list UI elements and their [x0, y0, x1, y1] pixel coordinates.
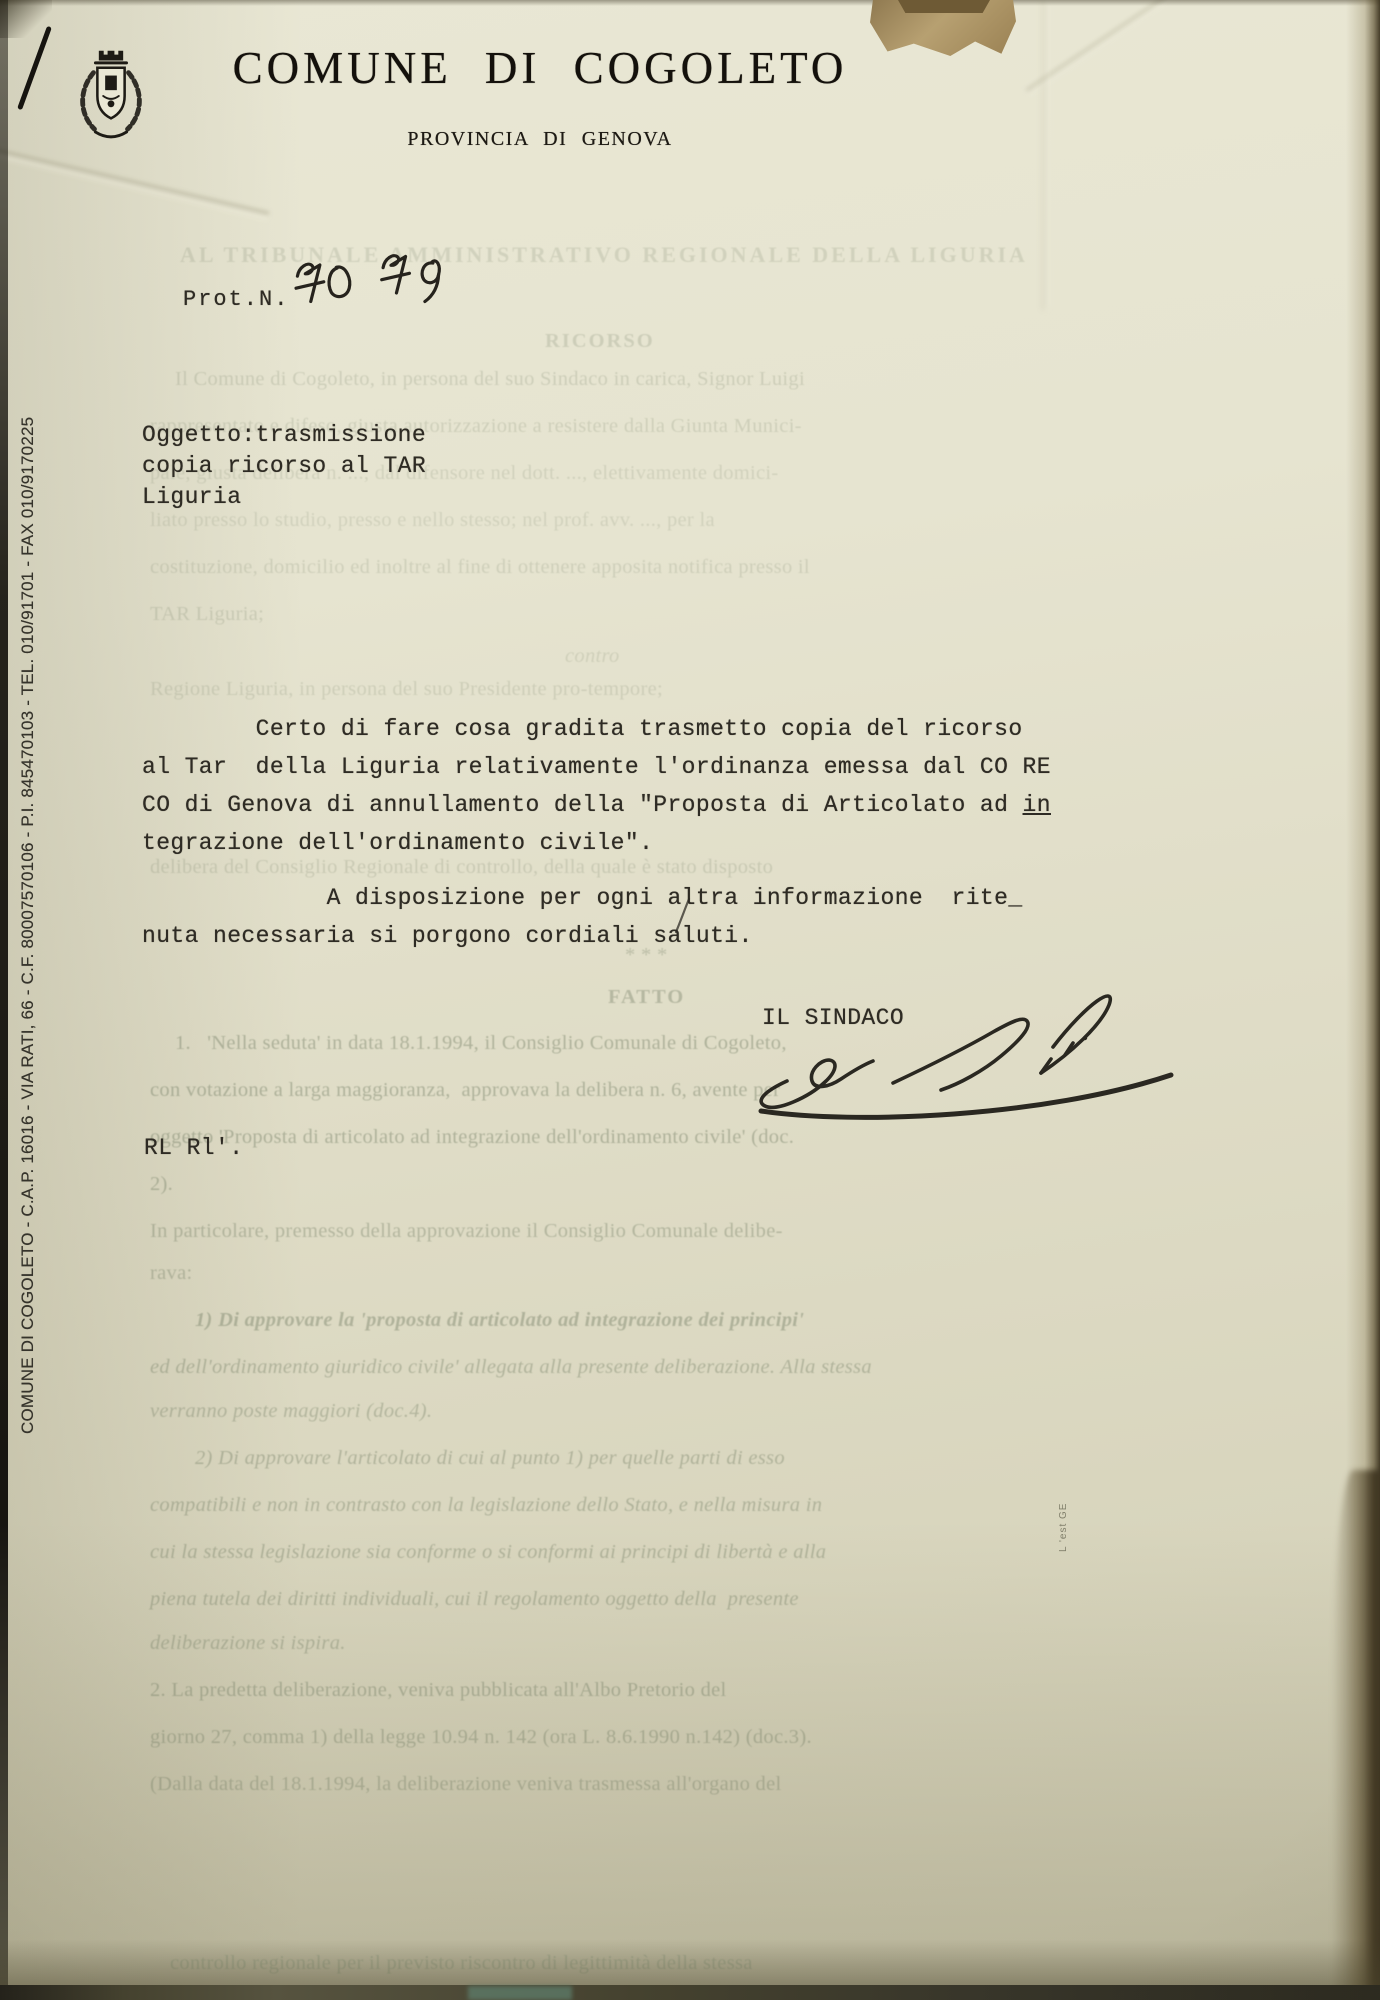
bottom-edge-shadow: [0, 1985, 1380, 2000]
bleedthrough-line: 1) Di approvare la 'proposta di articola…: [195, 1309, 804, 1332]
pen-tick-mark: [672, 896, 692, 936]
letterhead-subtitle: PROVINCIA DI GENOVA: [195, 128, 885, 151]
bleedthrough-line: Il Comune di Cogoleto, in persona del su…: [175, 368, 805, 391]
bleedthrough-line: 2).: [150, 1173, 173, 1196]
body-line: al Tar della Liguria relativamente l'ord…: [142, 753, 1051, 781]
scanned-letter-page: { "letterhead": { "title": "COMUNE DI CO…: [0, 0, 1380, 2000]
bleedthrough-line: 2) Di approvare l'articolato di cui al p…: [195, 1447, 785, 1470]
bottom-shadow: [0, 1940, 1380, 1988]
bleedthrough-line: costituzione, domicilio ed inoltre al fi…: [150, 556, 810, 579]
letterhead-title: COMUNE DI COGOLETO: [195, 42, 885, 94]
bleedthrough-line: ed dell'ordinamento giuridico civile' al…: [150, 1356, 872, 1379]
body-line: nuta necessaria si porgono cordiali salu…: [142, 922, 753, 950]
bleedthrough-line: delibera del Consiglio Regionale di cont…: [150, 856, 773, 879]
typist-initials: RL Rl'.: [144, 1134, 243, 1162]
bleedthrough-line: 2. La predetta deliberazione, veniva pub…: [150, 1679, 727, 1702]
bottom-green-blotch: [468, 1986, 572, 2000]
body-line-text: CO di Genova di annullamento della "Prop…: [142, 792, 1023, 818]
bleedthrough-line: RICORSO: [545, 330, 655, 353]
sindaco-signature-scrawl: [735, 985, 1185, 1130]
bleedthrough-line: 1. 'Nella seduta' in data 18.1.1994, il …: [175, 1032, 787, 1055]
bleedthrough-line: TAR Liguria;: [150, 603, 264, 626]
bleedthrough-line: Regione Liguria, in persona del suo Pres…: [150, 678, 663, 701]
bleedthrough-line: con votazione a larga maggioranza, appro…: [150, 1079, 780, 1102]
bleedthrough-line: cui la stessa legislazione sia conforme …: [150, 1541, 826, 1564]
subject-line: Oggetto:trasmissione: [142, 421, 426, 449]
bleedthrough-line: deliberazione si ispira.: [150, 1632, 346, 1655]
protocol-number-handwritten: [292, 250, 462, 320]
tape-remnant-dark-strip: [898, 0, 990, 13]
underlined-syllable: in: [1023, 792, 1051, 818]
paper-crease: [1042, 0, 1051, 310]
bleedthrough-line: verranno poste maggiori (doc.4).: [150, 1400, 432, 1423]
bleedthrough-line: giorno 27, comma 1) della legge 10.94 n.…: [150, 1726, 812, 1749]
left-edge-shadow: [0, 0, 8, 2000]
bleedthrough-line: rava:: [150, 1262, 192, 1285]
bleedthrough-line: liato presso lo studio, presso e nello s…: [150, 509, 715, 532]
body-line: tegrazione dell'ordinamento civile".: [142, 829, 653, 857]
bleedthrough-line: piena tutela dei diritti individuali, cu…: [150, 1588, 799, 1611]
bleedthrough-line: In particolare, premesso della approvazi…: [150, 1220, 783, 1243]
top-edge-shadow: [0, 0, 1380, 6]
bleedthrough-line: oggetto 'Proposta di articolato ad integ…: [150, 1126, 794, 1149]
sidebar-letterhead-text: COMUNE DI COGOLETO - C.A.P. 16016 - VIA …: [18, 384, 40, 1434]
bleedthrough-line: (Dalla data del 18.1.1994, la deliberazi…: [150, 1773, 781, 1796]
edge-note-vertical: L 'est GE: [1058, 1462, 1070, 1552]
body-line: CO di Genova di annullamento della "Prop…: [142, 791, 1051, 819]
subject-line: Liguria: [142, 483, 241, 511]
protocol-label: Prot.N.: [183, 286, 289, 314]
subject-line: copia ricorso al TAR: [142, 452, 426, 480]
bleedthrough-line: compatibili e non in contrasto con la le…: [150, 1494, 822, 1517]
bleedthrough-line: FATTO: [608, 986, 685, 1009]
bottom-right-edge-shadow: [1332, 1470, 1380, 2000]
bleedthrough-line: contro: [565, 645, 620, 668]
coat-of-arms-icon: [74, 46, 148, 146]
body-line: A disposizione per ogni altra informazio…: [142, 884, 1023, 912]
body-line: Certo di fare cosa gradita trasmetto cop…: [142, 715, 1023, 743]
